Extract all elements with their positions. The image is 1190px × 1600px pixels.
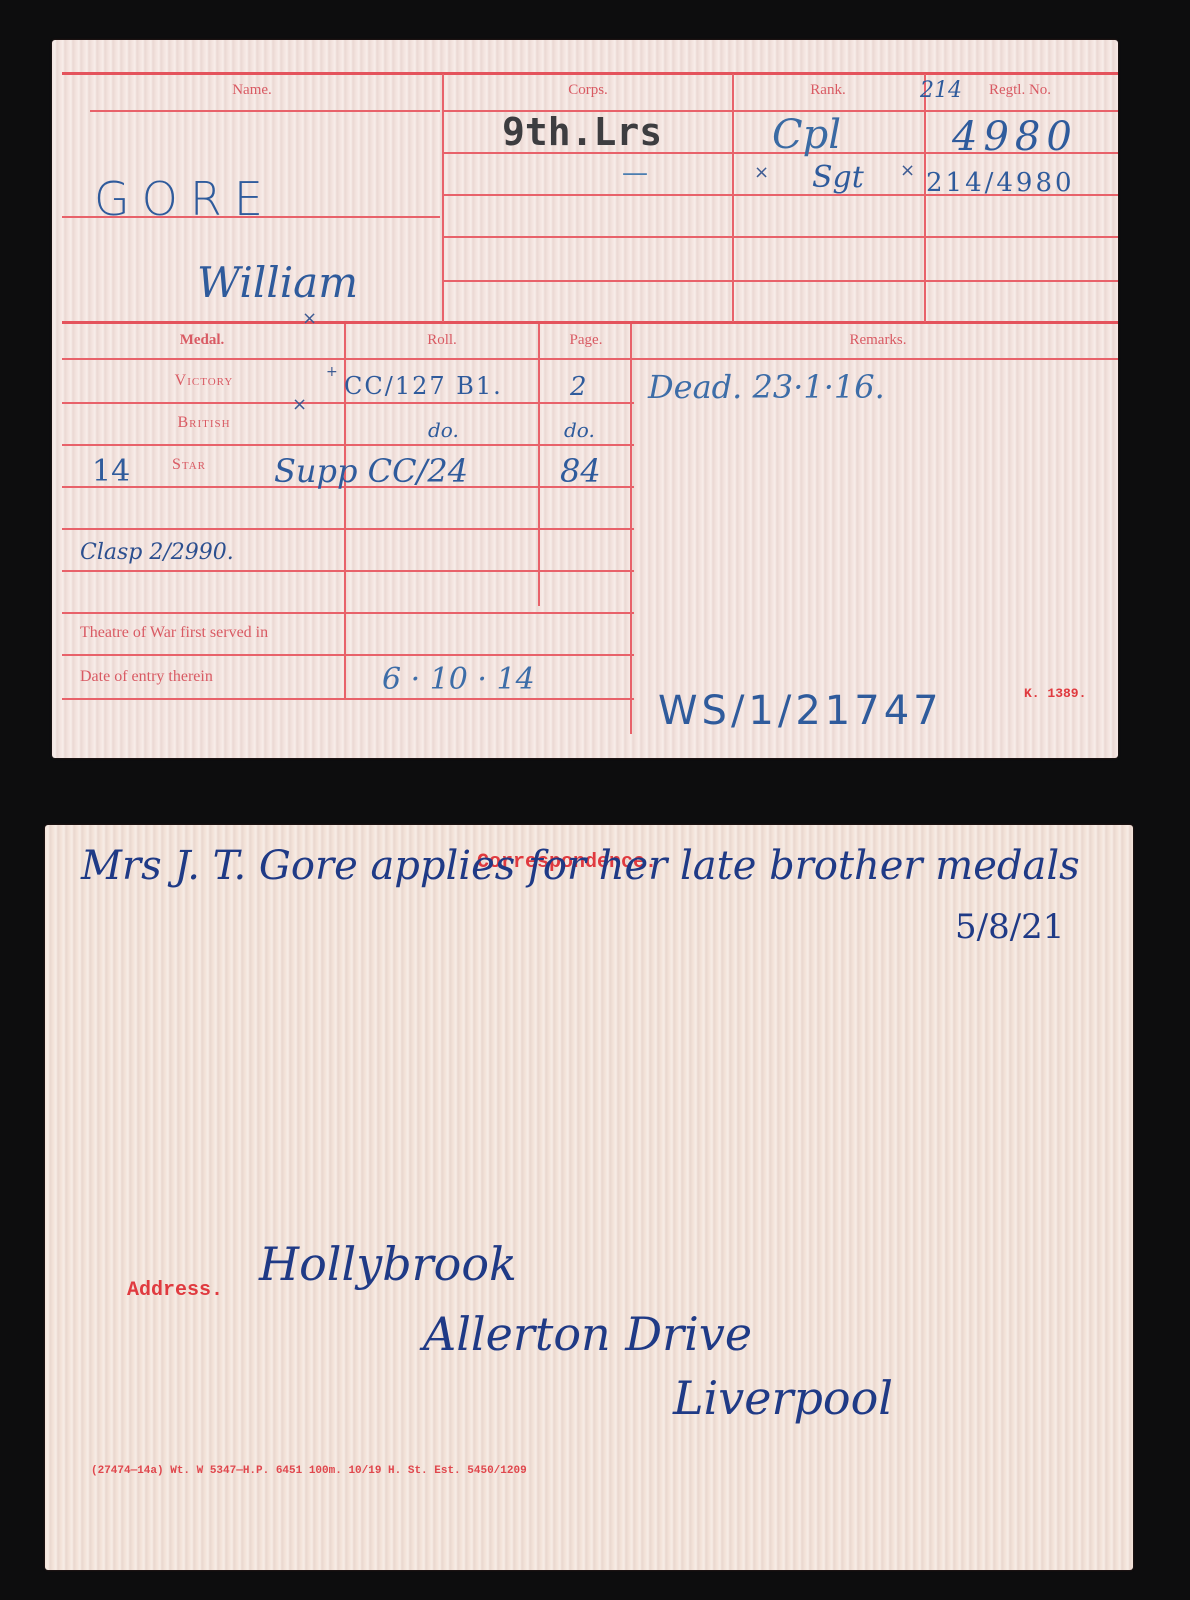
correspondence-date: 5/8/21	[955, 907, 1064, 947]
roll-header: Roll.	[392, 332, 492, 349]
check-mark-icon: ×	[302, 308, 317, 329]
rule	[924, 74, 926, 322]
rank-value-1: Cpl	[772, 112, 841, 158]
medal-label-star: Star	[162, 456, 216, 474]
theatre-label: Theatre of War first served in	[80, 624, 268, 642]
clasp-note: Clasp 2/2990.	[80, 540, 234, 565]
rule	[62, 612, 634, 614]
medal-page-british: do.	[564, 418, 595, 442]
address-line-1: Hollybrook	[259, 1237, 517, 1291]
rule	[62, 402, 634, 404]
rule	[442, 74, 444, 322]
regtl-no-header: Regtl. No.	[970, 82, 1070, 99]
regtl-no-value-2: 214/4980	[926, 168, 1075, 198]
rule	[62, 72, 1118, 75]
medal-page-victory: 2	[570, 372, 587, 402]
surname: GORE	[94, 172, 275, 226]
address-line-2: Allerton Drive	[423, 1307, 752, 1361]
printer-line: (27474—14a) Wt. W 5347—H.P. 6451 100m. 1…	[91, 1465, 527, 1477]
medal-header: Medal.	[152, 332, 252, 349]
plus-mark-icon: +	[326, 364, 338, 380]
cross-mark-icon: ×	[754, 162, 769, 183]
address-line-3: Liverpool	[673, 1371, 893, 1425]
forename: William	[197, 258, 358, 307]
rank-header: Rank.	[778, 82, 878, 99]
regtl-no-value-1: 4980	[952, 114, 1078, 160]
medal-roll-star: Supp CC/24	[274, 452, 468, 490]
rule	[62, 654, 634, 656]
cross-mark-icon: ×	[292, 394, 307, 415]
name-header: Name.	[202, 82, 302, 99]
page-header: Page.	[536, 332, 636, 349]
remarks-text: Dead. 23·1·16.	[648, 368, 885, 406]
rule	[62, 358, 1118, 360]
date-entry-value: 6 · 10 · 14	[382, 662, 535, 697]
rule	[444, 280, 1118, 282]
address-label: Address.	[127, 1279, 223, 1302]
medal-roll-british: do.	[428, 418, 459, 442]
corps-header: Corps.	[538, 82, 638, 99]
medal-prefix-star: 14	[92, 454, 130, 489]
rule	[444, 236, 1118, 238]
remarks-header: Remarks.	[828, 332, 928, 349]
rule	[538, 324, 540, 606]
rule	[62, 321, 1118, 324]
medal-roll-victory: CC/127 B1.	[344, 372, 503, 400]
rule	[62, 444, 634, 446]
corps-dash: —	[622, 158, 648, 188]
medal-index-card-front: Name. Corps. Rank. Regtl. No. GORE Willi…	[52, 40, 1118, 758]
medal-label-victory: Victory	[152, 372, 256, 390]
rank-value-2: Sgt	[812, 160, 864, 195]
rule	[62, 528, 634, 530]
medal-index-card-back: Correspondence. Mrs J. T. Gore applies f…	[45, 825, 1133, 1570]
regtl-prefix: 214	[920, 78, 962, 103]
rule	[62, 698, 634, 700]
rule	[630, 324, 632, 734]
form-code: K. 1389.	[1024, 686, 1086, 701]
reference-number: WS/1/21747	[658, 688, 943, 734]
rule	[62, 570, 634, 572]
corps-value: 9th.Lrs	[502, 110, 662, 154]
correspondence-text: Mrs J. T. Gore applies for her late brot…	[81, 843, 1080, 889]
medal-label-british: British	[152, 414, 256, 432]
rule	[90, 110, 440, 112]
cross-mark-icon: ×	[900, 160, 915, 181]
date-entry-label: Date of entry therein	[80, 668, 213, 686]
medal-page-star: 84	[560, 452, 601, 490]
rule	[732, 74, 734, 322]
